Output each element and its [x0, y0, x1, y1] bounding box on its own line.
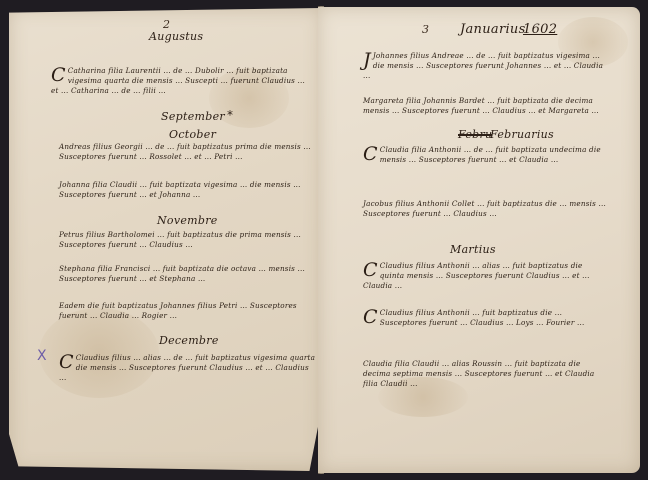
heading-november: Novembre [157, 214, 218, 227]
heading-september: September [161, 110, 225, 123]
drop-initial: C [51, 66, 66, 84]
right-folio: 3 Januarius 1602 JJohannes filius Andrea… [318, 7, 640, 473]
entry-february-1: CClaudia filia Anthonii ... de ... fuit … [363, 145, 609, 165]
entry-january-2: Margareta filia Johannis Bardet ... fuit… [363, 96, 609, 116]
left-folio: 2 Augustus CCatharina filia Laurentii ..… [9, 8, 322, 471]
heading-augustus: Augustus [149, 30, 203, 43]
entry-february-2: Jacobus filius Anthonii Collet ... fuit … [363, 199, 609, 219]
heading-october: October [169, 128, 216, 141]
entry-october-2: Johanna filia Claudii ... fuit baptizata… [59, 180, 317, 200]
entry-january-1: JJohannes filius Andreae ... de ... fuit… [363, 51, 609, 82]
drop-initial: C [59, 353, 74, 371]
heading-februarius: Februarius [490, 128, 554, 141]
entry-march-3: Claudia filia Claudii ... alias Roussin … [363, 359, 609, 390]
margin-x-mark: X [37, 348, 47, 364]
heading-januarius: Januarius [460, 22, 526, 37]
drop-initial: C [363, 145, 378, 163]
drop-initial: C [363, 308, 378, 326]
drop-initial: J [363, 51, 371, 69]
page-number-right: 3 [422, 23, 429, 36]
entry-march-1: CClaudius filius Anthonii ... alias ... … [363, 261, 609, 292]
entry-march-2: CClaudius filius Anthonii ... fuit bapti… [363, 308, 609, 328]
asterisk-mark: * [227, 108, 233, 122]
entry-november-3: Eadem die fuit baptizatus Johannes filiu… [59, 301, 317, 321]
entry-november-2: Stephana filia Francisci ... fuit baptiz… [59, 264, 317, 284]
entry-december-1: CClaudius filius ... alias ... de ... fu… [59, 353, 317, 384]
entry-august-1: CCatharina filia Laurentii ... de ... Du… [51, 66, 313, 97]
entry-october-1: Andreas filius Georgii ... de ... fuit b… [59, 142, 317, 162]
year-label: 1602 [523, 22, 557, 37]
heading-december: Decembre [159, 334, 219, 347]
drop-initial: C [363, 261, 378, 279]
entry-november-1: Petrus filius Bartholomei ... fuit bapti… [59, 230, 317, 250]
heading-february-struck: Febru [458, 128, 492, 141]
heading-martius: Martius [450, 243, 496, 256]
